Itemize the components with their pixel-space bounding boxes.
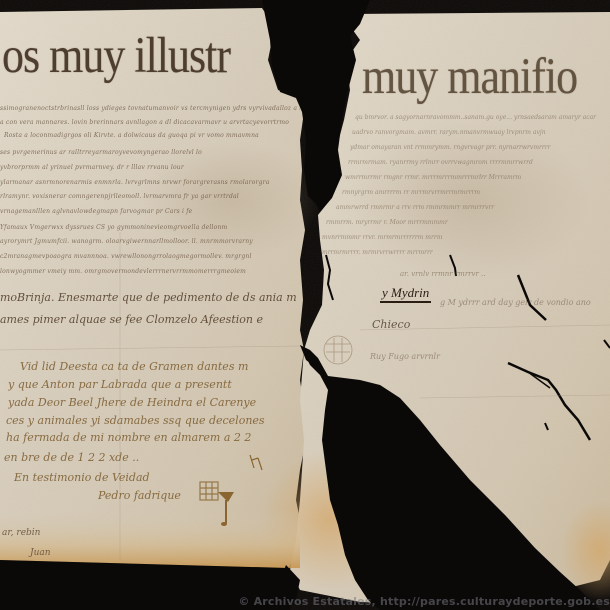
parchment-image xyxy=(0,0,610,610)
copyright-watermark: © Archivos Estatales, http://pares.cultu… xyxy=(238,595,610,608)
document-viewer: os muy illustr muy manifio ssimogranenoc… xyxy=(0,0,610,610)
notary-mark: y Mydrin xyxy=(380,285,431,303)
marginal-note: Juan xyxy=(30,548,51,558)
marginal-note: ar, rebin xyxy=(2,528,40,538)
right-mark: Chieco xyxy=(372,318,410,331)
